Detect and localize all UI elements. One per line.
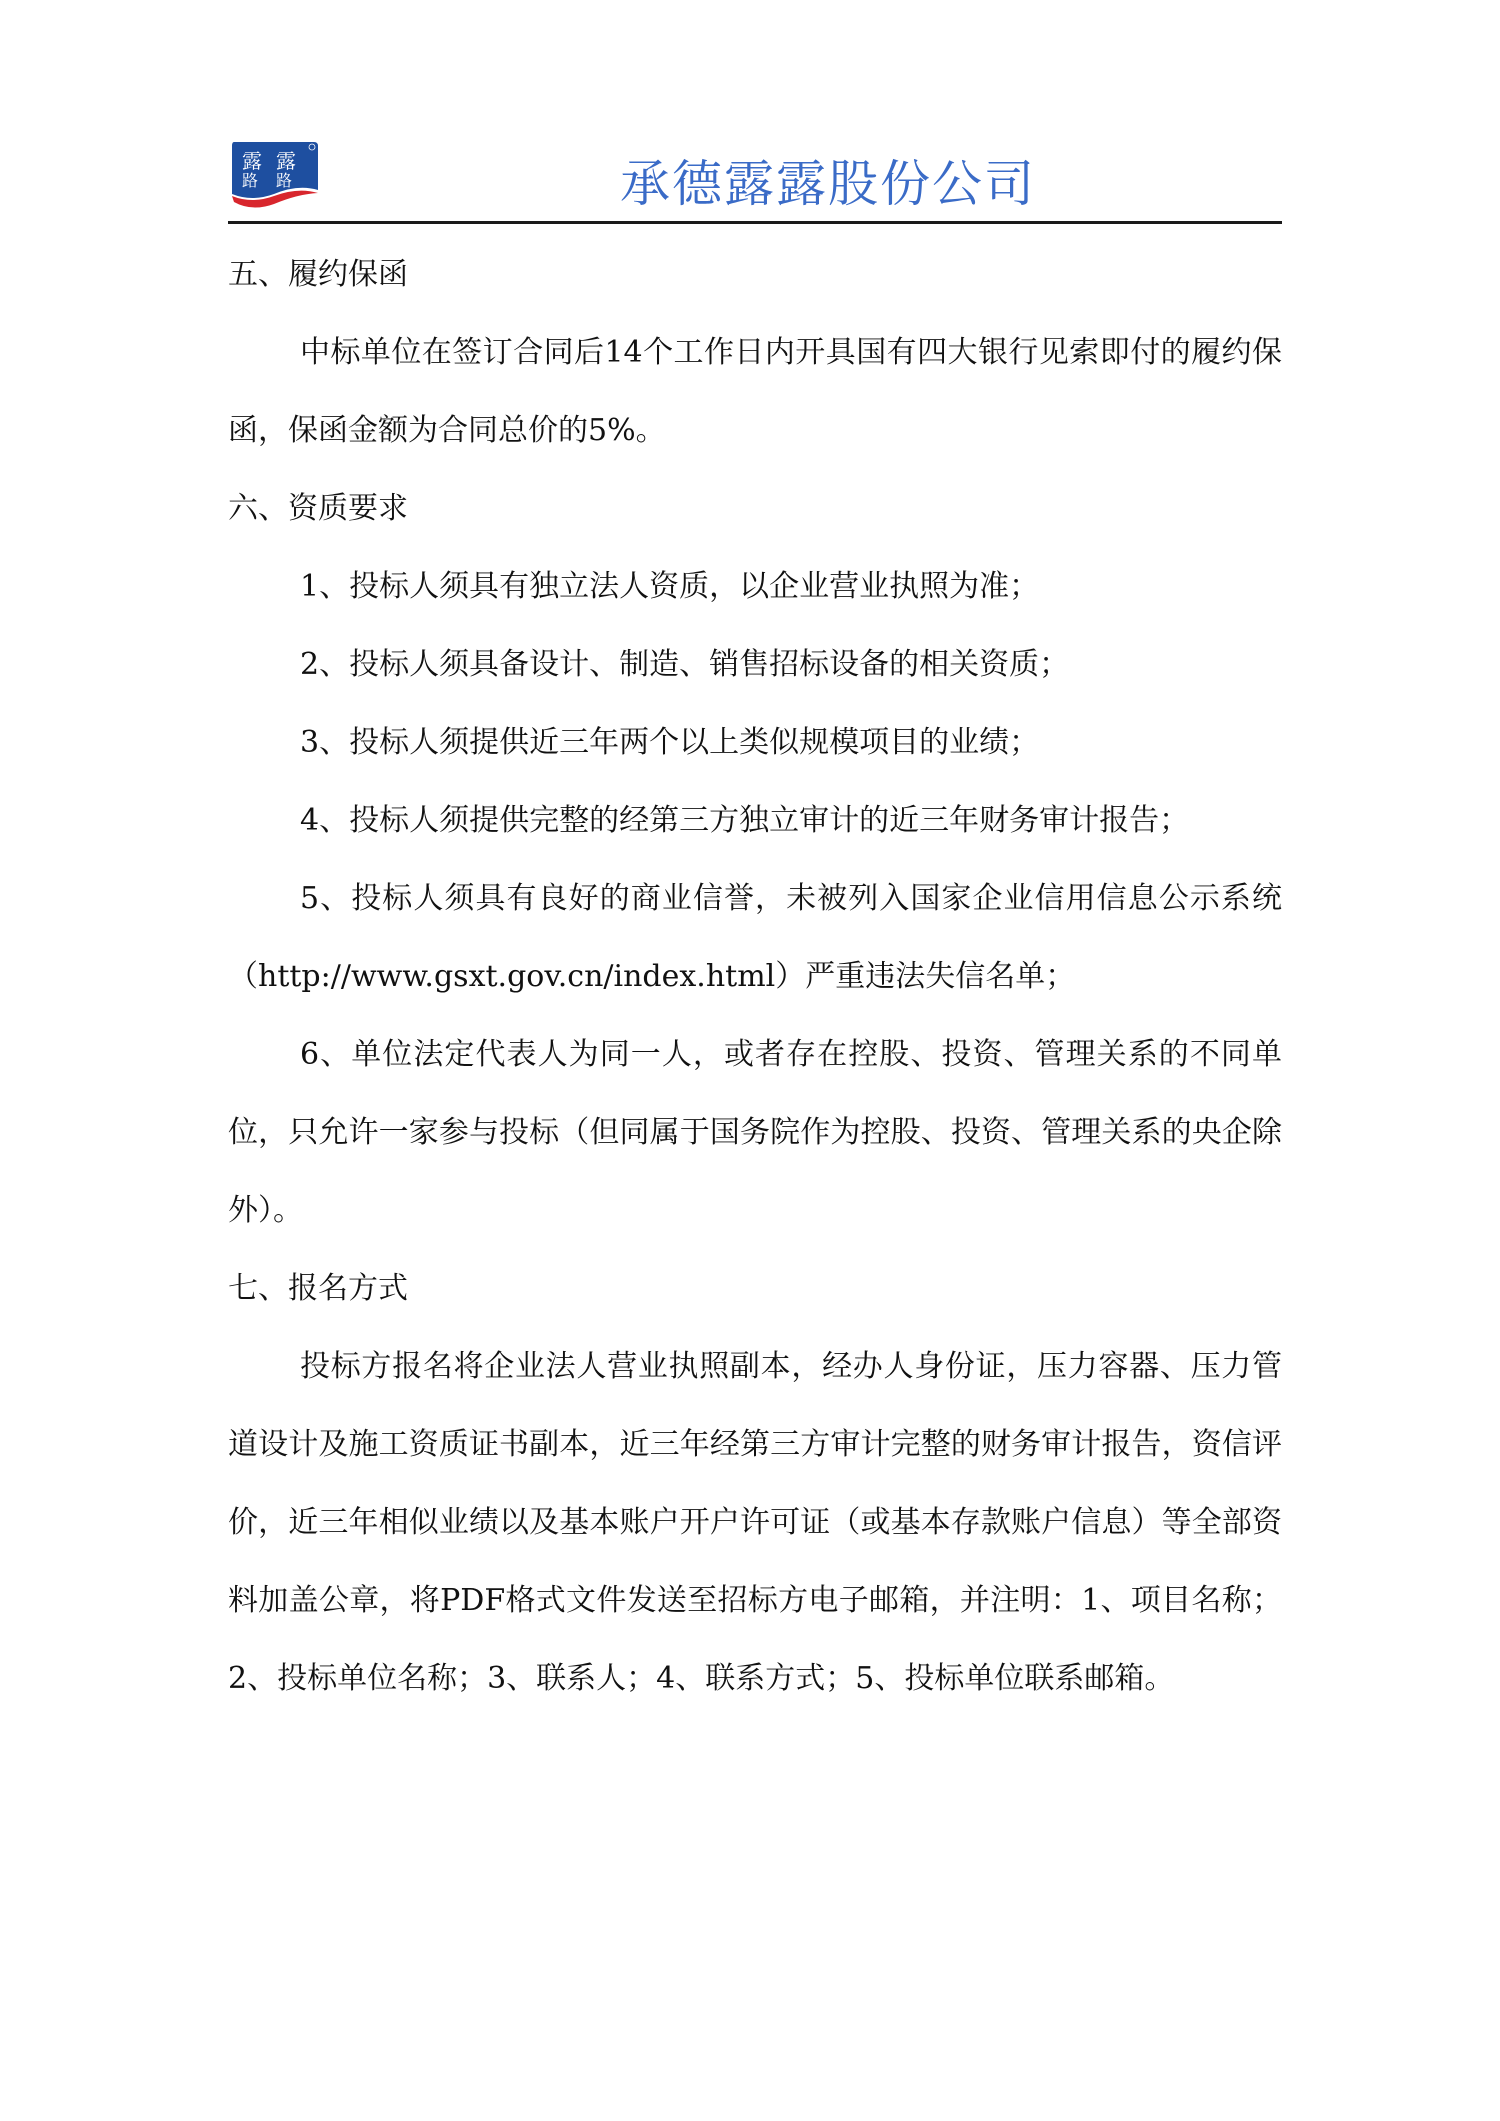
requirement-item: 4、投标人须提供完整的经第三方独立审计的近三年财务审计报告；: [228, 782, 1282, 860]
page-header: 露 露 路 路 承德露露股份公司: [228, 136, 1282, 226]
lulu-logo-icon: 露 露 路 路: [228, 140, 320, 216]
section-registration-method: 七、报名方式 投标方报名将企业法人营业执照副本，经办人身份证，压力容器、压力管道…: [228, 1250, 1282, 1718]
svg-text:路: 路: [242, 171, 258, 190]
section-heading: 六、资质要求: [228, 470, 1282, 548]
company-title: 承德露露股份公司: [528, 154, 1128, 214]
paragraph: 中标单位在签订合同后14个工作日内开具国有四大银行见索即付的履约保函，保函金额为…: [228, 314, 1282, 470]
svg-text:露: 露: [276, 149, 296, 173]
company-logo: 露 露 路 路: [228, 140, 320, 216]
requirement-item: 6、单位法定代表人为同一人，或者存在控股、投资、管理关系的不同单位，只允许一家参…: [228, 1016, 1282, 1250]
requirement-item: 1、投标人须具有独立法人资质，以企业营业执照为准；: [228, 548, 1282, 626]
requirement-item: 2、投标人须具备设计、制造、销售招标设备的相关资质；: [228, 626, 1282, 704]
header-divider: [228, 221, 1282, 224]
paragraph: 投标方报名将企业法人营业执照副本，经办人身份证，压力容器、压力管道设计及施工资质…: [228, 1328, 1282, 1718]
section-performance-bond: 五、履约保函 中标单位在签订合同后14个工作日内开具国有四大银行见索即付的履约保…: [228, 236, 1282, 470]
requirement-item: 3、投标人须提供近三年两个以上类似规模项目的业绩；: [228, 704, 1282, 782]
svg-text:路: 路: [276, 171, 292, 190]
section-heading: 七、报名方式: [228, 1250, 1282, 1328]
document-body: 五、履约保函 中标单位在签订合同后14个工作日内开具国有四大银行见索即付的履约保…: [228, 236, 1282, 1718]
section-qualification-requirements: 六、资质要求 1、投标人须具有独立法人资质，以企业营业执照为准； 2、投标人须具…: [228, 470, 1282, 1250]
section-heading: 五、履约保函: [228, 236, 1282, 314]
svg-text:露: 露: [242, 149, 262, 173]
requirement-item: 5、投标人须具有良好的商业信誉，未被列入国家企业信用信息公示系统（http://…: [228, 860, 1282, 1016]
